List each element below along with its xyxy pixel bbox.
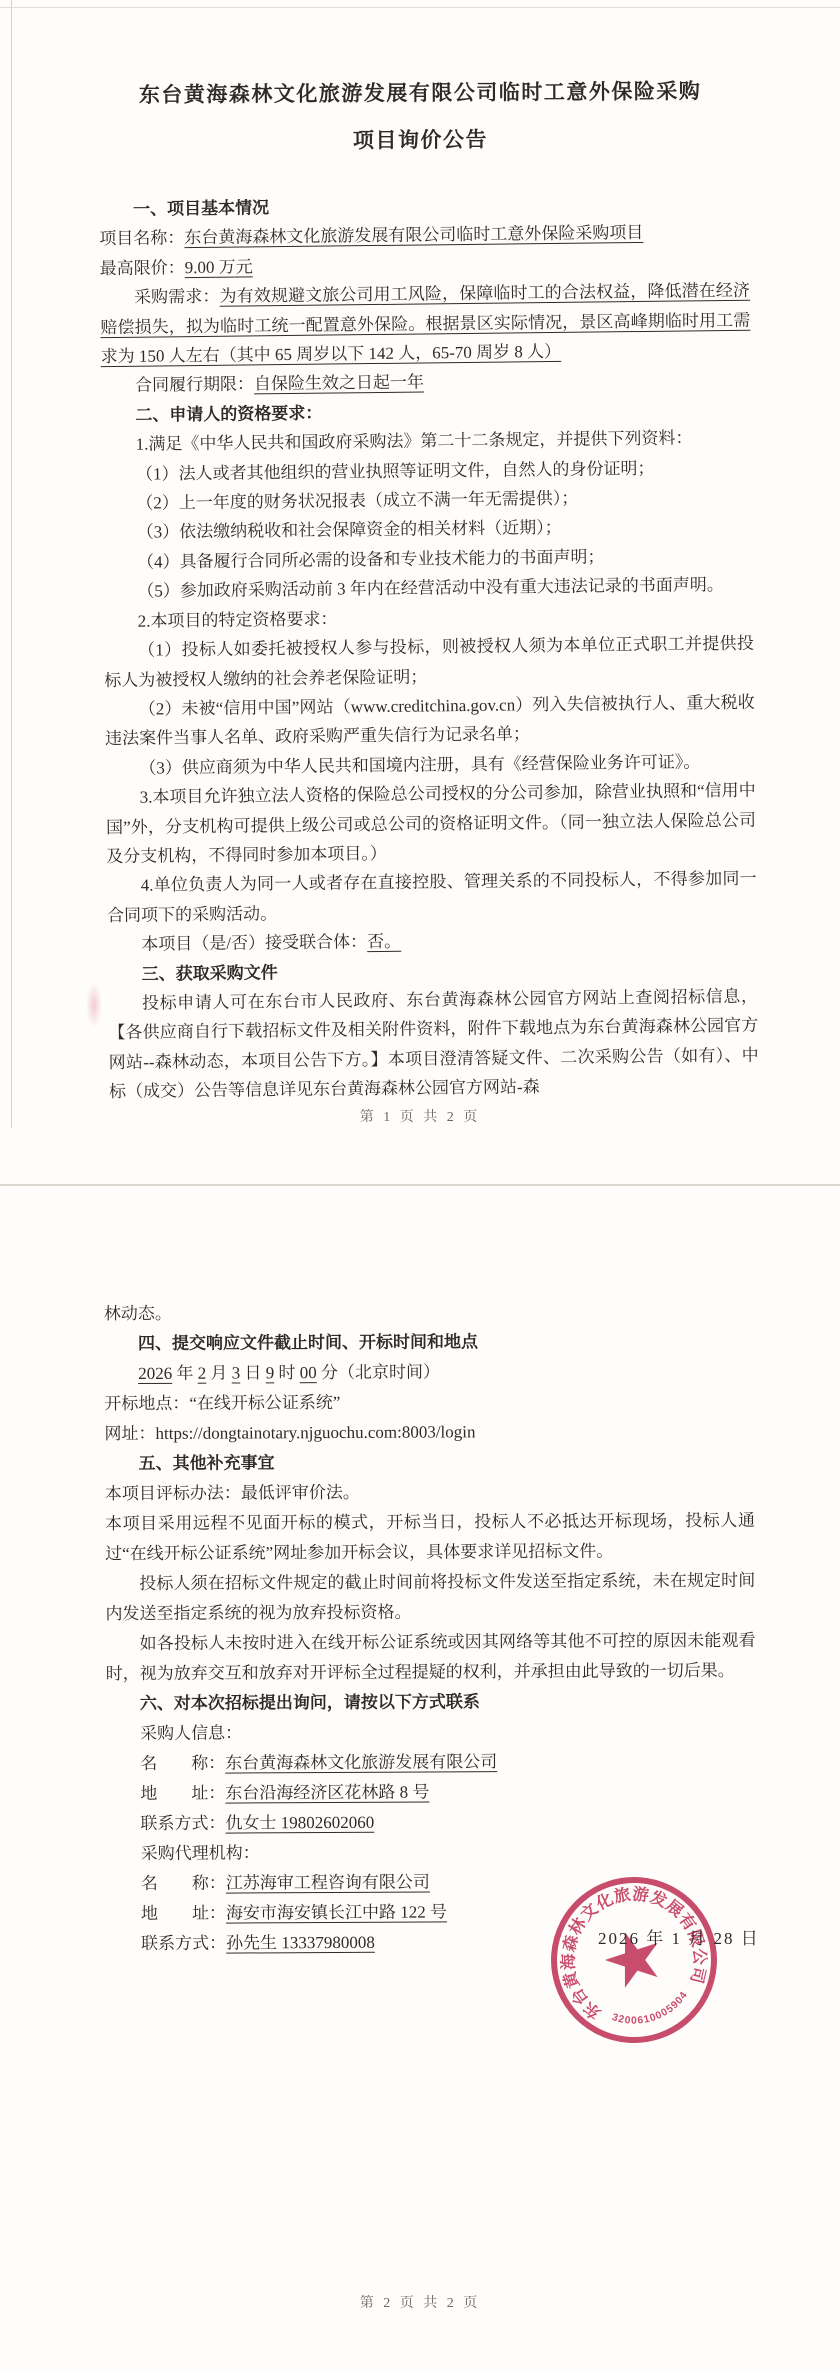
deadline-day-unit: 日 <box>240 1363 266 1382</box>
url-label: 网址： <box>104 1424 155 1443</box>
qualification-item-3: 3.本项目允许独立法人资格的保险总公司授权的分公司参加，除营业执照和“信用中国”… <box>106 776 757 872</box>
venue-row: 开标地点：“在线开标公证系统” <box>104 1386 754 1419</box>
deadline-hour-unit: 时 <box>274 1363 300 1382</box>
document-title: 东台黄海森林文化旅游发展有限公司临时工意外保险采购 项目询价公告 <box>0 0 840 167</box>
section-5-paragraph-1: 本项目评标办法：最低评审价法。 <box>105 1476 755 1509</box>
section-3-paragraph: 投标申请人可在东台市人民政府、东台黄海森林公园官方网站上查阅招标信息，【各供应商… <box>108 982 759 1107</box>
venue-label: 开标地点： <box>104 1394 189 1413</box>
qualification-item-2-1: （1）投标人如委托被授权人参与投标，则被授权人须为本单位正式职工并提供投标人为被… <box>104 629 755 695</box>
purchaser-address-value: 东台沿海经济区花林路 8 号 <box>225 1783 429 1803</box>
deadline-month-unit: 月 <box>206 1364 232 1383</box>
contract-term-label: 合同履行期限： <box>135 375 254 395</box>
section-5-paragraph-3: 投标人须在招标文件规定的截止时间前将投标文件发送至指定系统，未在规定时间内发送至… <box>105 1566 755 1629</box>
deadline-minute: 00 <box>300 1363 317 1382</box>
deadline-year-unit: 年 <box>172 1364 198 1383</box>
deadline-year: 2026 <box>138 1364 172 1383</box>
section-6-heading: 六、对本次招标提出询问，请按以下方式联系 <box>106 1686 756 1719</box>
demand-row: 采购需求：为有效规避文旅公司用工风险，保障临时工的合法权益，降低潜在经济赔偿损失… <box>100 276 751 372</box>
contract-term-value: 自保险生效之日起一年 <box>254 373 424 394</box>
purchaser-contact-value: 仇女士 19802602060 <box>225 1813 374 1833</box>
deadline-row: 2026 年 2 月 3 日 9 时 00 分（北京时间） <box>104 1356 754 1389</box>
demand-label: 采购需求： <box>134 287 220 307</box>
deadline-month: 2 <box>198 1364 207 1383</box>
purchaser-name-label: 名 称： <box>140 1754 225 1773</box>
page-2-footer: 第 2 页 共 2 页 <box>0 2292 840 2312</box>
purchaser-info-heading: 采购人信息： <box>106 1716 756 1749</box>
continuation-text: 林动态。 <box>104 1296 754 1329</box>
purchaser-name-value: 东台黄海森林文化旅游发展有限公司 <box>225 1752 497 1772</box>
agency-name-label: 名 称： <box>141 1874 226 1893</box>
deadline-day: 3 <box>232 1364 241 1383</box>
agency-address-value: 海安市海安镇长江中路 122 号 <box>226 1902 447 1922</box>
agency-name-value: 江苏海审工程咨询有限公司 <box>226 1873 430 1893</box>
page-1-content: 一、项目基本情况 项目名称：东台黄海森林文化旅游发展有限公司临时工意外保险采购项… <box>0 187 840 1108</box>
deadline-minute-unit: 分 <box>317 1363 338 1382</box>
document-title-line2: 项目询价公告 <box>0 114 840 167</box>
agency-address-label: 地 址： <box>141 1904 226 1923</box>
project-name-label: 项目名称： <box>99 229 184 249</box>
venue-value: “在线开标公证系统” <box>189 1393 340 1413</box>
page-1: 东台黄海森林文化旅游发展有限公司临时工意外保险采购 项目询价公告 一、项目基本情… <box>0 0 840 1186</box>
purchaser-name-row: 名 称：东台黄海森林文化旅游发展有限公司 <box>106 1746 756 1779</box>
page-2-content: 林动态。 四、提交响应文件截止时间、开标时间和地点 2026 年 2 月 3 日… <box>0 1183 840 1959</box>
purchaser-contact-row: 联系方式：仇女士 19802602060 <box>106 1806 756 1839</box>
qualification-item-4: 4.单位负责人为同一人或者存在直接控股、管理关系的不同投标人，不得参加同一合同项… <box>107 864 758 930</box>
svg-text:3200610005904: 3200610005904 <box>608 1988 695 2036</box>
qualification-item-2-2: （2）未被“信用中国”网站（www.creditchina.gov.cn）列入失… <box>105 688 756 754</box>
section-4-heading: 四、提交响应文件截止时间、开标时间和地点 <box>104 1326 754 1359</box>
purchaser-address-row: 地 址：东台沿海经济区花林路 8 号 <box>106 1776 756 1809</box>
purchaser-address-label: 地 址： <box>140 1784 225 1803</box>
section-5-paragraph-2: 本项目采用远程不见面开标的模式，开标当日，投标人不必抵达开标现场，投标人通过“在… <box>105 1506 755 1569</box>
section-5-heading: 五、其他补充事宜 <box>105 1446 755 1479</box>
url-row: 网址：https://dongtainotary.njguochu.com:80… <box>104 1416 754 1449</box>
joint-bid-value: 否。 <box>367 932 401 951</box>
agency-contact-value: 孙先生 13337980008 <box>226 1933 375 1953</box>
section-5-paragraph-4: 如各投标人未按时进入在线开标公证系统或因其网络等其他不可控的原因未能观看时，视为… <box>106 1626 756 1689</box>
purchaser-contact-label: 联系方式： <box>140 1814 225 1833</box>
deadline-hour: 9 <box>266 1363 275 1382</box>
seal-number: 3200610005904 <box>608 1988 695 2036</box>
agency-contact-label: 联系方式： <box>141 1934 226 1953</box>
page-2: 林动态。 四、提交响应文件截止时间、开标时间和地点 2026 年 2 月 3 日… <box>0 1186 840 2370</box>
announcement-date: 2026 年 1 月 28 日 <box>598 1924 818 1949</box>
page-1-footer: 第 1 页 共 2 页 <box>0 1106 840 1126</box>
document-title-line1: 东台黄海森林文化旅游发展有限公司临时工意外保险采购 <box>0 67 840 120</box>
max-price-label: 最高限价： <box>100 258 185 278</box>
deadline-timezone: （北京时间） <box>338 1362 440 1382</box>
url-value: https://dongtainotary.njguochu.com:8003/… <box>155 1422 475 1443</box>
max-price-value: 9.00 万元 <box>185 257 253 277</box>
project-name-value: 东台黄海森林文化旅游发展有限公司临时工意外保险采购项目 <box>184 223 643 247</box>
joint-bid-label: 本项目（是/否）接受联合体： <box>141 932 367 954</box>
